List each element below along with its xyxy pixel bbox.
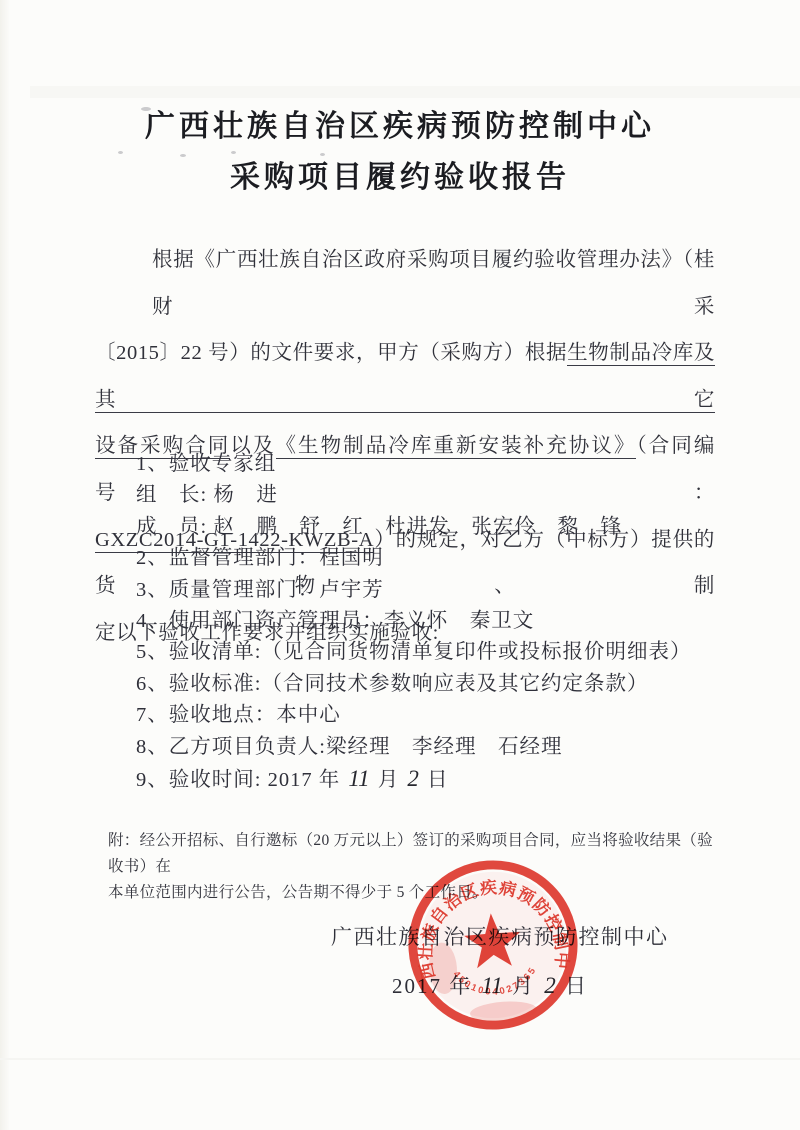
date-prefix: 9、验收时间: 2017 年 [136,769,340,791]
paragraph-line-1: 根据《广西壮族自治区政府采购项目履约验收管理办法》（桂财采 [95,237,715,330]
handwritten-day: 2 [405,766,421,791]
list-item: 成 员: 赵 鹏 舒 红 杜进发 张宏伶 黎 锋 [136,512,716,543]
handwritten-month: 11 [346,766,371,791]
list-item: 组 长: 杨 进 [136,480,716,511]
title-line-1: 广西壮族自治区疾病预防控制中心 [0,101,800,152]
scanned-document-page: 广西壮族自治区疾病预防控制中心 采购项目履约验收报告 根据《广西壮族自治区政府采… [0,0,800,1130]
list-item: 2、监督管理部门：程国明 [136,543,716,574]
scan-artifact-band-bottom [0,1058,800,1060]
paragraph-line-2: 〔2015〕22 号）的文件要求，甲方（采购方）根据生物制品冷库及其它 [95,330,715,423]
document-title: 广西壮族自治区疾病预防控制中心 采购项目履约验收报告 [0,101,800,203]
list-item: 5、验收清单:（见合同货物清单复印件或投标报价明细表） [136,637,716,668]
official-red-seal: 广西壮族自治区疾病预防控制中心 4501004027365 [398,850,588,1040]
title-line-2: 采购项目履约验收报告 [0,152,800,203]
list-item-acceptance-date: 9、验收时间: 2017 年 11 月 2 日 [136,763,716,796]
paragraph-text: 根据《广西壮族自治区政府采购项目履约验收管理办法》（桂财采 [152,249,715,318]
list-item: 6、验收标准:（合同技术参数响应表及其它约定条款） [136,669,716,700]
acceptance-requirements-list: 1、验收专家组 组 长: 杨 进 成 员: 赵 鹏 舒 红 杜进发 张宏伶 黎 … [136,449,716,796]
month-label: 月 [378,769,400,791]
list-item: 7、验收地点：本中心 [136,700,716,731]
paragraph-text: 〔2015〕22 号）的文件要求，甲方（采购方）根据 [95,342,567,364]
day-label: 日 [427,769,449,791]
scan-artifact-band [30,86,800,98]
list-item: 1、验收专家组 [136,449,716,480]
list-item: 3、质量管理部门：卢宇芳 [136,575,716,606]
list-item: 8、乙方项目负责人:梁经理 李经理 石经理 [136,732,716,763]
list-item: 4、使用部门资产管理员：李义怀 秦卫文 [136,606,716,637]
